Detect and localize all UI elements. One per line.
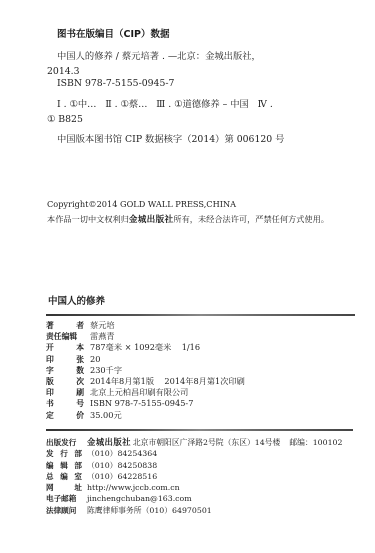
- info-label-part: 书: [46, 398, 54, 409]
- publisher-label-part: 总: [46, 471, 54, 482]
- cip-verification-number: 中国版本图书馆 CIP 数据核字（2014）第 006120 号: [57, 135, 284, 144]
- info-label-part: 价: [76, 410, 84, 421]
- publisher-row: 编辑部（010）84250838: [46, 460, 342, 471]
- info-label: 责任编辑: [46, 331, 90, 342]
- info-label: 版次: [46, 376, 90, 387]
- book-info-table: 著者蔡元培责任编辑雷燕青开本787毫米 × 1092毫米 1/16印张20字数2…: [46, 320, 245, 421]
- info-label-part: 责任编辑: [46, 331, 77, 342]
- publisher-value: 金城出版社北京市朝阳区广泽路2号院（东区）14号楼邮编：100102: [87, 437, 342, 448]
- cip-title-author-publisher: 中国人的修养 / 蔡元培著 . —北京：金城出版社，: [57, 52, 261, 61]
- info-label-part: 印: [46, 354, 54, 365]
- cip-classification-code: ① B825: [47, 115, 83, 124]
- publisher-label-part: 编: [60, 471, 68, 482]
- rights-suffix: 所有，未经合法许可，严禁任何方式使用。: [173, 214, 329, 224]
- info-label: 印张: [46, 354, 90, 365]
- publisher-row: 法律顾问陈鹰律师事务所（010）64970501: [46, 505, 342, 516]
- info-label-part: 开: [46, 342, 54, 353]
- publisher-label-part: 法律顾问: [46, 505, 76, 516]
- publisher-brand: 金城出版社: [87, 437, 131, 447]
- publisher-label-part: 发: [46, 448, 54, 459]
- info-row: 字数230千字: [46, 365, 245, 376]
- publisher-brand: 金城出版社: [129, 215, 173, 225]
- cip-isbn: ISBN 978-7-5155-0945-7: [57, 79, 174, 88]
- publisher-row: 网址http://www.jccb.com.cn: [46, 482, 342, 493]
- publisher-label-part: 室: [74, 471, 82, 482]
- publisher-value: （010）84254364: [87, 448, 157, 459]
- publisher-value: （010）84250838: [87, 460, 157, 471]
- info-label-part: 者: [76, 320, 84, 331]
- publisher-value-text: （010）64228516: [87, 472, 157, 481]
- publisher-label: 编辑部: [46, 460, 87, 471]
- info-value: 787毫米 × 1092毫米 1/16: [90, 342, 200, 353]
- publisher-value-text: 陈鹰律师事务所（010）64970501: [87, 506, 212, 515]
- publisher-value: jinchengchuban@163.com: [87, 493, 192, 504]
- cip-classification: Ⅰ . ①中… Ⅱ . ①蔡… Ⅲ . ①道德修养 – 中国 Ⅳ .: [57, 100, 273, 109]
- publisher-label-part: 网: [46, 482, 54, 493]
- info-value: 20: [90, 354, 100, 365]
- info-label: 印刷: [46, 387, 90, 398]
- info-label: 书号: [46, 398, 90, 409]
- info-value: ISBN 978-7-5155-0945-7: [90, 398, 193, 409]
- info-value: 230千字: [90, 365, 122, 376]
- publisher-label-part: 址: [74, 482, 82, 493]
- publisher-label: 发行部: [46, 448, 87, 459]
- cip-heading: 图书在版编目（CIP）数据: [57, 30, 169, 40]
- info-label-part: 版: [46, 376, 54, 387]
- publisher-row: 出版发行金城出版社北京市朝阳区广泽路2号院（东区）14号楼邮编：100102: [46, 437, 342, 448]
- info-label-part: 定: [46, 410, 54, 421]
- publisher-value-text: 北京市朝阳区广泽路2号院（东区）14号楼: [133, 438, 280, 447]
- book-title: 中国人的修养: [48, 297, 105, 307]
- info-label-part: 刷: [76, 387, 84, 398]
- info-label-part: 著: [46, 320, 54, 331]
- publisher-label-part: 辑: [60, 460, 68, 471]
- publisher-value: （010）64228516: [87, 471, 157, 482]
- publisher-value-text: （010）84254364: [87, 449, 157, 458]
- cip-publish-date: 2014.3: [47, 67, 80, 76]
- info-label: 字数: [46, 365, 90, 376]
- info-row: 定价35.00元: [46, 410, 245, 421]
- info-value: 北京上元柏昌印刷有限公司: [90, 387, 188, 398]
- publisher-label: 总编室: [46, 471, 87, 482]
- info-label-part: 号: [76, 398, 84, 409]
- publisher-label-part: 行: [60, 448, 68, 459]
- info-value: 35.00元: [90, 410, 122, 421]
- publisher-label-part: 电子邮箱: [46, 493, 76, 504]
- info-value: 2014年8月第1版 2014年8月第1次印刷: [90, 376, 245, 387]
- info-row: 责任编辑雷燕青: [46, 331, 245, 342]
- publisher-value-text[interactable]: jinchengchuban@163.com: [87, 494, 192, 503]
- publisher-info-table: 出版发行金城出版社北京市朝阳区广泽路2号院（东区）14号楼邮编：100102发行…: [46, 437, 342, 516]
- postcode: 邮编：100102: [289, 438, 342, 447]
- info-label-part: 张: [76, 354, 84, 365]
- info-row: 开本787毫米 × 1092毫米 1/16: [46, 342, 245, 353]
- info-row: 印张20: [46, 354, 245, 365]
- publisher-value: http://www.jccb.com.cn: [87, 482, 180, 493]
- publisher-label-part: 部: [74, 448, 82, 459]
- info-value: 雷燕青: [90, 331, 115, 342]
- copyright-notice: Copyright©2014 GOLD WALL PRESS,CHINA: [47, 200, 236, 208]
- publisher-label-part: 部: [74, 460, 82, 471]
- divider-rule-bottom: [46, 429, 353, 431]
- rights-statement: 本作品一切中文权利归金城出版社所有，未经合法许可，严禁任何方式使用。: [47, 215, 329, 225]
- info-row: 印刷北京上元柏昌印刷有限公司: [46, 387, 245, 398]
- info-value: 蔡元培: [90, 320, 115, 331]
- info-row: 书号ISBN 978-7-5155-0945-7: [46, 398, 245, 409]
- publisher-value: 陈鹰律师事务所（010）64970501: [87, 505, 212, 516]
- publisher-row: 发行部（010）84254364: [46, 448, 342, 459]
- publisher-label-part: 编: [46, 460, 54, 471]
- publisher-label: 电子邮箱: [46, 493, 87, 504]
- info-row: 版次2014年8月第1版 2014年8月第1次印刷: [46, 376, 245, 387]
- info-label-part: 次: [76, 376, 84, 387]
- publisher-label: 出版发行: [46, 437, 87, 448]
- info-row: 著者蔡元培: [46, 320, 245, 331]
- info-label-part: 本: [76, 342, 84, 353]
- publisher-label: 网址: [46, 482, 87, 493]
- info-label-part: 数: [76, 365, 84, 376]
- info-label: 开本: [46, 342, 90, 353]
- divider-rule-top: [46, 314, 355, 316]
- publisher-row: 总编室（010）64228516: [46, 471, 342, 482]
- website-link[interactable]: http://www.jccb.com.cn: [87, 483, 180, 492]
- info-label-part: 字: [46, 365, 54, 376]
- rights-prefix: 本作品一切中文权利归: [47, 214, 129, 224]
- info-label: 著者: [46, 320, 90, 331]
- publisher-label-part: 出版发行: [46, 437, 76, 448]
- publisher-row: 电子邮箱jinchengchuban@163.com: [46, 493, 342, 504]
- publisher-label: 法律顾问: [46, 505, 87, 516]
- info-label-part: 印: [46, 387, 54, 398]
- publisher-value-text: （010）84250838: [87, 461, 157, 470]
- info-label: 定价: [46, 410, 90, 421]
